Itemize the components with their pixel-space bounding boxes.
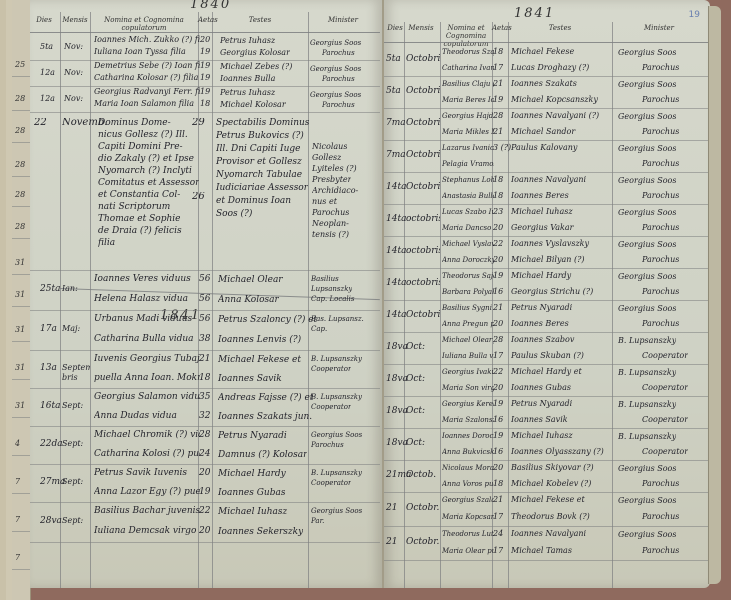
witness: Michael Fekese (511, 47, 613, 57)
row-rule (30, 426, 380, 427)
minister: B. Lupsanszky (311, 468, 362, 478)
entry-month: Sept: (62, 439, 90, 449)
bride-age: 17 (493, 351, 503, 361)
margin-number: 31 (15, 258, 25, 267)
witness-line: et Dominus Ioan (216, 196, 291, 206)
groom-name: Demetrius Sebe (?) Ioan filius (94, 61, 200, 71)
right-page: 1841 19 DiesMensisNomina et Cognomina co… (384, 0, 710, 588)
witness: Michael Kopcsanszky (511, 95, 613, 105)
groom-bride-line: filia (98, 238, 115, 248)
row-rule (384, 526, 708, 527)
minister-title: Parochus (322, 100, 355, 110)
bride-age: 56 (199, 294, 210, 304)
column-header: Dies (32, 16, 56, 24)
groom-bride-line: dio Zakaly (?) et Ipse (98, 154, 194, 164)
minister-line: Parochus (312, 208, 349, 218)
entry-month: Sept: (62, 516, 90, 526)
bride-name: Helena Halasz vidua (94, 294, 200, 304)
entry-month: Oct: (406, 406, 440, 416)
column-rule (508, 22, 509, 588)
entry-day: 12a (40, 68, 55, 78)
bride-age: 18 (493, 479, 503, 489)
row-rule (30, 502, 380, 503)
groom-name: Michael Vyslavszky juvenis (442, 239, 494, 249)
bride-age: 17 (493, 512, 503, 522)
minister-title: Parochus (642, 546, 679, 556)
minister-line: tensis (?) (312, 230, 349, 240)
minister: Cooperator (311, 478, 351, 488)
bride-name: Anna Pregun puella (442, 319, 494, 329)
groom-name: Iuvenis Georgius Tubaj (94, 354, 200, 364)
right-page-edges (708, 6, 721, 584)
bride-age: 19 (200, 73, 210, 83)
witness: Michael Kolosar (220, 100, 286, 110)
groom-age: 19 (493, 399, 503, 409)
column-header: Nomina et Cognomina copulatorum (440, 24, 492, 48)
bride-name: Iuliana Ioan Tyssa filia (94, 47, 200, 57)
bride-age: 18 (199, 373, 210, 383)
minister-title: Cooperator (642, 415, 688, 425)
margin-number: 4 (15, 439, 20, 448)
bride-name: Anna Dudas vidua (94, 411, 200, 421)
witness-line: Ill. Dni Capiti Iuge (216, 144, 300, 154)
minister: B. Lupsanszky (618, 400, 676, 410)
row-rule (384, 108, 708, 109)
minister-line: Neoplan- (312, 219, 349, 229)
entry-month: Nov: (64, 68, 83, 78)
witness: Ioannes Savik (511, 415, 613, 425)
witness: Petrus Iuhasz (220, 88, 275, 98)
witness: Lucas Droghazy (?) (511, 63, 613, 73)
entry-month: Oct: (406, 374, 440, 384)
groom-name: Georgius Szalamun juvenis (442, 495, 494, 505)
bride-age: 17 (493, 546, 503, 556)
groom-name: Nicolaus Moran juvenis (442, 463, 494, 473)
minister-title: Parochus (322, 48, 355, 58)
row-rule (384, 172, 708, 173)
witness: Ioannes Beres (511, 191, 613, 201)
bride-age: 18 (493, 191, 503, 201)
minister: Lupsanszky (311, 284, 352, 294)
entry-month: Octobris (406, 182, 440, 192)
minister: Cooperator (311, 402, 351, 412)
witness: Petrus Szaloncy (?) et (218, 315, 317, 325)
row-rule (30, 464, 380, 465)
bride-age: 20 (493, 255, 503, 265)
register-spread: 25282828282831313131314777 1840 DiesMens… (0, 0, 731, 600)
row-rule (30, 112, 380, 113)
bride-name: Maria Szalonszky virg. (442, 415, 494, 425)
groom-age: 21 (199, 354, 210, 364)
bride-name: Iuliana Bulla virgo (442, 351, 494, 361)
column-header: Minister (612, 24, 706, 32)
margin-number: 31 (15, 401, 25, 410)
entry-month: Nov: (64, 42, 83, 52)
witness: Michael Iuhasz (511, 431, 613, 441)
witness-line: Nyomarch Tabulae (216, 170, 302, 180)
entry-month: Oct: (406, 438, 440, 448)
entry-day: 22 (34, 118, 47, 128)
margin-rule (12, 110, 30, 111)
bride-name: Maria Mikles Mich. puella (442, 127, 494, 137)
minister: Georgius Soos (618, 272, 676, 282)
groom-name: Georgius Salamon viduus (94, 392, 200, 402)
witness: Ioannes Sekerszky (218, 527, 303, 537)
minister-title: Parochus (322, 74, 355, 84)
minister-title: Parochus (642, 287, 679, 297)
entry-month: Septem-bris (62, 363, 90, 383)
minister-title: Cooperator (642, 383, 688, 393)
header-rule (384, 42, 708, 43)
entry-day: 18va (386, 374, 408, 384)
margin-rule (12, 274, 30, 275)
witness: Ioannes Savik (218, 374, 282, 384)
minister-line: nus et (312, 197, 337, 207)
entry-day: 13a (40, 363, 57, 373)
groom-name: Ioannes Doroczky juvenis (442, 431, 494, 441)
entry-month: octobris (406, 278, 440, 288)
minister: B. Lupsanszky (618, 432, 676, 442)
minister: Georgius Soos (310, 64, 361, 74)
bride-name: Catharina Bulla vidua (94, 334, 200, 344)
row-rule (384, 460, 708, 461)
entry-month: Octobr. (406, 503, 440, 513)
groom-age: 29 (192, 118, 205, 128)
minister: B. Lupsanszky (311, 354, 362, 364)
groom-name: Ioannes Veres viduus (94, 274, 200, 284)
groom-age: 56 (199, 274, 210, 284)
margin-number: 25 (15, 60, 25, 69)
column-rule (404, 22, 405, 588)
entry-day: 14ta (386, 182, 406, 192)
bride-age: 26 (192, 192, 205, 202)
bride-name: Anna Doroczky puella (442, 255, 494, 265)
entry-day: 12a (40, 94, 55, 104)
witness: Michael Kobelev (?) (511, 479, 613, 489)
header-rule (30, 32, 380, 33)
minister-title: Parochus (642, 191, 679, 201)
groom-name: Ioannes Mich. Zukko (?) filius (94, 35, 200, 45)
groom-age: 21 (493, 303, 503, 313)
bride-name: Catharina Ivan virgo (442, 63, 494, 73)
bride-age: 20 (199, 526, 210, 536)
minister-title: Parochus (642, 255, 679, 265)
margin-numbers: 25282828282831313131314777 (12, 0, 30, 600)
groom-bride-line: Dominus Dome- (98, 118, 171, 128)
groom-age: 19 (200, 87, 210, 97)
minister-line: Presbyter (312, 175, 351, 185)
entry-month: Octobris (406, 150, 440, 160)
minister-title: Parochus (642, 223, 679, 233)
row-rule (30, 350, 380, 351)
groom-age: 20 (493, 463, 503, 473)
row-rule (384, 364, 708, 365)
witness: Michael Tamas (511, 546, 613, 556)
column-header: Aetas (198, 16, 212, 24)
witness: Paulus Skuban (?) (511, 351, 613, 361)
bride-name: Barbara Polyak puella (442, 287, 494, 297)
minister: Georgius Soos (618, 240, 676, 250)
witness: Petrus Nyaradi (218, 431, 287, 441)
groom-age: 19 (493, 271, 503, 281)
groom-name: Georgius Kerekgyarto juv. (442, 399, 494, 409)
minister: Georgius Soos (618, 112, 676, 122)
entry-day: 18va (386, 406, 408, 416)
witness: Georgius Strichu (?) (511, 287, 613, 297)
witness: Michael Fekese et (218, 355, 301, 365)
witness: Paulus Kalovany (511, 143, 613, 153)
minister-title: Parochus (642, 95, 679, 105)
right-year-heading: 1841 (514, 6, 555, 21)
witness: Ioannes Bulla (220, 74, 275, 84)
margin-number: 7 (15, 477, 20, 486)
minister: Cap. (311, 324, 327, 334)
minister: Par. (311, 516, 324, 526)
entry-month: Octobris (406, 54, 440, 64)
minister: Bas. Lupsansz. (311, 314, 364, 324)
minister: B. Lupsanszky (618, 368, 676, 378)
entry-month: Octobris (406, 86, 440, 96)
bride-name: Catharina Kolosar (?) filia virgo (94, 73, 200, 83)
witness: Ioannes Szakats (511, 79, 613, 89)
groom-name: Lucas Szabo Iuvenis (442, 207, 494, 217)
minister-line: Archidiaco- (312, 186, 358, 196)
margin-rule (12, 341, 30, 342)
margin-number: 7 (15, 553, 20, 562)
entry-day: 17a (40, 324, 57, 334)
minister: B. Lupsanszky (311, 392, 362, 402)
row-rule (384, 428, 708, 429)
witness: Ioannes Szabov (511, 335, 613, 345)
minister-line: Nicolaus (312, 142, 347, 152)
minister: Georgius Soos (618, 80, 676, 90)
witness: Ioannes Navalyani (?) (511, 111, 613, 121)
minister: Parochus (311, 440, 344, 450)
bride-age: 21 (493, 127, 503, 137)
entry-month: Maj: (62, 324, 90, 334)
left-page: 1840 DiesMensisNomina et Cognomina copul… (30, 0, 384, 588)
groom-name: Theodorus Luthran (?) juv. (442, 529, 494, 539)
entry-day: 5ta (386, 86, 401, 96)
minister: Georgius Soos (310, 38, 361, 48)
bride-name: Maria Kopcsanszky puella (442, 512, 494, 522)
witness: Michael Hardy (218, 469, 286, 479)
witness: Michael Fekese et (511, 495, 613, 505)
bride-age: 17 (493, 63, 503, 73)
row-rule (384, 492, 708, 493)
column-header: Dies (386, 24, 404, 32)
minister-line: Gollesz (312, 153, 341, 163)
groom-bride-line: nicus Gollesz (?) Ill. (98, 130, 188, 140)
bride-age: 19 (200, 47, 210, 57)
groom-bride-line: Nyomarch (?) Inclyti (98, 166, 192, 176)
entry-day: 22da (40, 439, 63, 449)
entry-month: octobris (406, 214, 440, 224)
row-rule (384, 204, 708, 205)
row-rule (30, 270, 380, 271)
groom-age: 23 (493, 207, 503, 217)
groom-age: 22 (493, 239, 503, 249)
margin-rule (12, 238, 30, 239)
groom-bride-line: Capiti Domini Pre- (98, 142, 183, 152)
margin-rule (12, 569, 30, 570)
witness: Andreas Fajsse (?) et (218, 393, 313, 403)
groom-name: Lazarus Ivanicsik viduus (442, 143, 494, 153)
bride-name: Catharina Kolosi (?) puella (94, 449, 200, 459)
witness: Ioannes Navalyani (511, 529, 613, 539)
entry-day: 18va (386, 438, 408, 448)
minister-title: Parochus (642, 159, 679, 169)
column-header: Testes (508, 24, 612, 32)
margin-rule (12, 142, 30, 143)
witness: Theodorus Bovk (?) (511, 512, 613, 522)
margin-rule (12, 455, 30, 456)
witness: Ioannes Szakats jun. (218, 412, 312, 422)
groom-name: Michael Chromik (?) viduus (94, 430, 200, 440)
groom-name: Georgius Radvanyi Ferr. filius (94, 87, 200, 97)
column-header: Nomina et Cognomina copulatorum (90, 16, 198, 32)
column-header: Testes (212, 16, 308, 24)
groom-name: Georgius Hajduk juvenis (442, 111, 494, 121)
groom-name: Georgius Ivakini (?) juvenis (442, 367, 494, 377)
entry-month: Oct: (406, 342, 440, 352)
witness: Petrus Iuhasz (220, 36, 275, 46)
minister: B. Lupsanszky (618, 336, 676, 346)
column-header: Minister (308, 16, 378, 24)
groom-age: 19 (493, 431, 503, 441)
witness: Michael Hardy et (511, 367, 613, 377)
minister-line: Lyiteles (?) (312, 164, 357, 174)
column-header: Aetas (492, 24, 508, 32)
groom-age: 3 (?) (493, 143, 511, 153)
margin-rule (12, 176, 30, 177)
groom-name: Basilius Claju (?) Iuvenis (442, 79, 494, 89)
minister: Georgius Soos (618, 48, 676, 58)
row-rule (384, 396, 708, 397)
witness: Michael Iuhasz (511, 207, 613, 217)
entry-month: Sept: (62, 401, 90, 411)
bride-age: 20 (493, 383, 503, 393)
minister-title: Parochus (642, 63, 679, 73)
groom-age: 21 (493, 495, 503, 505)
margin-number: 28 (15, 94, 25, 103)
groom-age: 28 (493, 111, 503, 121)
groom-age: 20 (199, 468, 210, 478)
bride-name: Maria Dancso puella (442, 223, 494, 233)
minister: Georgius Soos (310, 90, 361, 100)
witness: Michael Hardy (511, 271, 613, 281)
entry-day: 5ta (40, 42, 53, 52)
minister: Georgius Soos (311, 506, 362, 516)
groom-age: 22 (493, 367, 503, 377)
entry-day: 25ta (40, 284, 60, 294)
entry-month: Nov: (64, 94, 83, 104)
groom-age: 21 (493, 79, 503, 89)
witness-line: Spectabilis Dominus (216, 118, 309, 128)
bride-age: 16 (493, 415, 503, 425)
witness-line: Provisor et Gollesz (216, 157, 302, 167)
witness: Ioannes Beres (511, 319, 613, 329)
row-rule (384, 300, 708, 301)
margin-rule (12, 306, 30, 307)
groom-name: Theodorus Szajo juvenis (442, 47, 494, 57)
groom-age: 56 (199, 314, 210, 324)
margin-number: 31 (15, 325, 25, 334)
groom-name: Stephanus Lohuz juvenis (442, 175, 494, 185)
entry-month: Octobris (406, 310, 440, 320)
bride-name: Maria Son virgo (442, 383, 494, 393)
row-rule (384, 236, 708, 237)
entry-day: 21 (386, 503, 397, 513)
witness: Michael Bilyan (?) (511, 255, 613, 265)
witness: Ioannes Gubas (511, 383, 613, 393)
bride-age: 19 (493, 95, 503, 105)
witness-line: Iudiciariae Assessor (216, 183, 308, 193)
bride-name: Maria Olear puella (442, 546, 494, 556)
groom-name: Basilius Bachar juvenis (94, 506, 200, 516)
witness: Georgius Vakar (511, 223, 613, 233)
witness-line: Soos (?) (216, 209, 252, 219)
entry-day: 5ta (386, 54, 401, 64)
witness: Ioannes Lenvis (?) (218, 335, 301, 345)
bride-age: 16 (493, 447, 503, 457)
witness: Georgius Kolosar (220, 48, 290, 58)
witness-line: Petrus Bukovics (?) (216, 131, 304, 141)
bride-name: Anna Bukvicska virgo (442, 447, 494, 457)
minister: Georgius Soos (618, 496, 676, 506)
groom-name: Petrus Savik Iuvenis (94, 468, 200, 478)
groom-bride-line: Thomae et Sophie (98, 214, 180, 224)
minister: Georgius Soos (618, 304, 676, 314)
entry-month: Octob. (406, 470, 440, 480)
minister-title: Parochus (642, 127, 679, 137)
column-rule (440, 22, 441, 588)
margin-rule (12, 493, 30, 494)
minister: Georgius Soos (311, 430, 362, 440)
minister: Georgius Soos (618, 530, 676, 540)
groom-bride-line: et Constantia Col- (98, 190, 180, 200)
bride-age: 32 (199, 411, 210, 421)
folio-number: 19 (689, 10, 700, 20)
entry-month: octobris (406, 246, 440, 256)
groom-name: Urbanus Madi viduus (94, 314, 200, 324)
bride-age: 16 (493, 287, 503, 297)
left-year-heading: 1840 (190, 0, 231, 12)
witness: Ioannes Navalyani (511, 175, 613, 185)
entry-month: Octobr. (406, 537, 440, 547)
witness: Ioannes Olyasszany (?) (511, 447, 613, 457)
margin-number: 28 (15, 160, 25, 169)
minister-title: Cooperator (642, 351, 688, 361)
witness: Petrus Nyaradi (511, 399, 613, 409)
groom-name: Theodorus Sajov (?) juvenis (442, 271, 494, 281)
entry-day: 7ma (386, 118, 406, 128)
bride-name: Anastasia Bulla puella (442, 191, 494, 201)
groom-age: 18 (493, 47, 503, 57)
witness: Ioannes Gubas (218, 488, 285, 498)
row-rule (30, 388, 380, 389)
groom-age: 35 (199, 392, 210, 402)
bride-age: 19 (199, 487, 210, 497)
entry-day: 14ta (386, 246, 406, 256)
minister-title: Parochus (642, 479, 679, 489)
minister: Georgius Soos (618, 464, 676, 474)
margin-number: 7 (15, 515, 20, 524)
entry-day: 14ta (386, 310, 406, 320)
witness: Michael Zebes (?) (220, 62, 292, 72)
entry-day: 21 (386, 537, 397, 547)
margin-rule (12, 206, 30, 207)
